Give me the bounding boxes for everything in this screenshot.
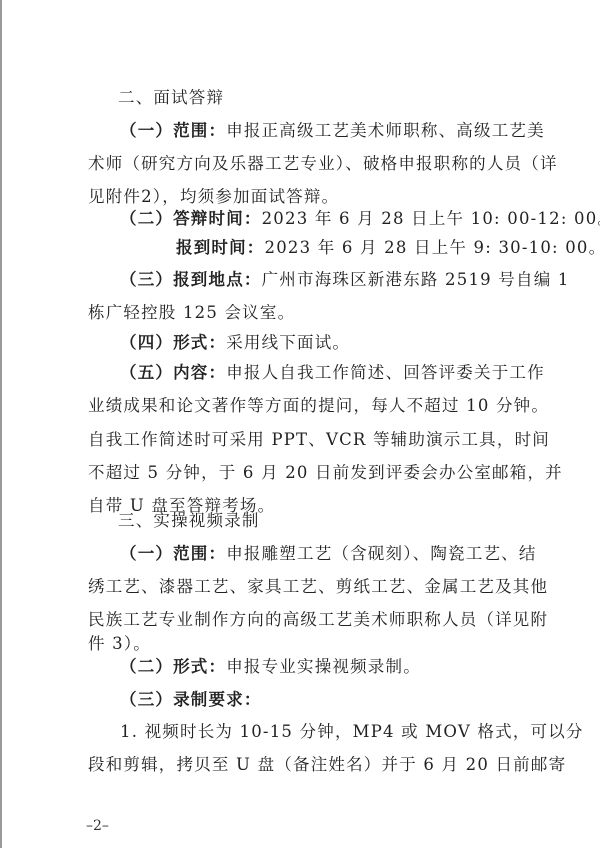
line-text: 申报雕塑工艺（含砚刻）、陶瓷工艺、结 <box>226 544 536 563</box>
text-line: 不超过 5 分钟，于 6 月 20 日前发到评委会办公室邮箱，并 <box>88 463 518 483</box>
section-heading: 三、实操视频录制 <box>118 511 548 531</box>
line-text: 采用线下面试。 <box>226 333 350 352</box>
line-text: 申报人自我工作简述、回答评委关于工作 <box>226 363 545 382</box>
text-line: （二）答辩时间：2023 年 6 月 28 日上午 10: 00-12: 00。 <box>120 209 550 229</box>
item-label: （一）范围： <box>120 121 226 140</box>
line-text: 自我工作简述时可采用 PPT、VCR 等辅助演示工具，时间 <box>88 430 550 449</box>
text-line: 绣工艺、漆器工艺、家具工艺、剪纸工艺、金属工艺及其他 <box>88 577 518 597</box>
line-text: 栋广轻控股 125 会议室。 <box>88 303 295 322</box>
line-text: 绣工艺、漆器工艺、家具工艺、剪纸工艺、金属工艺及其他 <box>88 577 548 596</box>
text-line: 件 3）。 <box>88 634 518 654</box>
line-text: 申报专业实操视频录制。 <box>226 657 421 676</box>
line-text: 二、面试答辩 <box>118 88 224 107</box>
line-text: 术师（研究方向及乐器工艺专业）、破格申报职称的人员（详 <box>88 154 558 173</box>
scan-edge <box>0 0 2 848</box>
line-text: 三、实操视频录制 <box>118 511 260 530</box>
text-line: 1. 视频时长为 10-15 分钟，MP4 或 MOV 格式，可以分 <box>120 722 550 742</box>
text-line: （二）形式：申报专业实操视频录制。 <box>120 657 550 677</box>
item-label: （三）录制要求： <box>120 690 262 709</box>
item-label: （一）范围： <box>120 544 226 563</box>
line-text: 业绩成果和论文著作等方面的提问，每人不超过 10 分钟。 <box>88 396 549 415</box>
text-line: （五）内容：申报人自我工作简述、回答评委关于工作 <box>120 363 550 383</box>
text-line: 术师（研究方向及乐器工艺专业）、破格申报职称的人员（详 <box>88 154 518 174</box>
text-line: 民族工艺专业制作方向的高级工艺美术师职称人员（详见附 <box>88 610 518 630</box>
line-text: 民族工艺专业制作方向的高级工艺美术师职称人员（详见附 <box>88 610 548 629</box>
page-number: –2– <box>86 818 109 834</box>
line-text: 广州市海珠区新港东路 2519 号自编 1 <box>262 270 570 289</box>
line-text: 件 3）。 <box>88 634 151 653</box>
line-text: 段和剪辑，拷贝至 U 盘（备注姓名）并于 6 月 20 日前邮寄 <box>88 755 566 774</box>
text-line: 报到时间：2023 年 6 月 28 日上午 9: 30-10: 00。 <box>176 238 600 258</box>
text-line: （四）形式：采用线下面试。 <box>120 333 550 353</box>
item-label: （三）报到地点： <box>120 270 262 289</box>
text-line: （三）报到地点：广州市海珠区新港东路 2519 号自编 1 <box>120 270 550 290</box>
text-line: 栋广轻控股 125 会议室。 <box>88 303 518 323</box>
line-text: 2023 年 6 月 28 日上午 10: 00-12: 00。 <box>262 209 600 228</box>
text-line: （一）范围：申报正高级工艺美术师职称、高级工艺美 <box>120 121 550 141</box>
line-text: 见附件2），均须参加面试答辩。 <box>88 187 339 206</box>
item-label: 报到时间： <box>176 238 265 257</box>
item-label: （五）内容： <box>120 363 226 382</box>
text-line: （一）范围：申报雕塑工艺（含砚刻）、陶瓷工艺、结 <box>120 544 550 564</box>
line-text: 不超过 5 分钟，于 6 月 20 日前发到评委会办公室邮箱，并 <box>88 463 563 482</box>
text-line: 见附件2），均须参加面试答辩。 <box>88 187 518 207</box>
text-line: 自我工作简述时可采用 PPT、VCR 等辅助演示工具，时间 <box>88 430 518 450</box>
line-text: 申报正高级工艺美术师职称、高级工艺美 <box>226 121 545 140</box>
line-text: 2023 年 6 月 28 日上午 9: 30-10: 00。 <box>265 238 600 257</box>
item-label: （二）答辩时间： <box>120 209 262 228</box>
text-line: 段和剪辑，拷贝至 U 盘（备注姓名）并于 6 月 20 日前邮寄 <box>88 755 518 775</box>
item-label: （二）形式： <box>120 657 226 676</box>
text-line: 业绩成果和论文著作等方面的提问，每人不超过 10 分钟。 <box>88 396 518 416</box>
item-label: （四）形式： <box>120 333 226 352</box>
text-line: （三）录制要求： <box>120 690 550 710</box>
section-heading: 二、面试答辩 <box>118 88 548 108</box>
line-text: 1. 视频时长为 10-15 分钟，MP4 或 MOV 格式，可以分 <box>120 722 584 741</box>
